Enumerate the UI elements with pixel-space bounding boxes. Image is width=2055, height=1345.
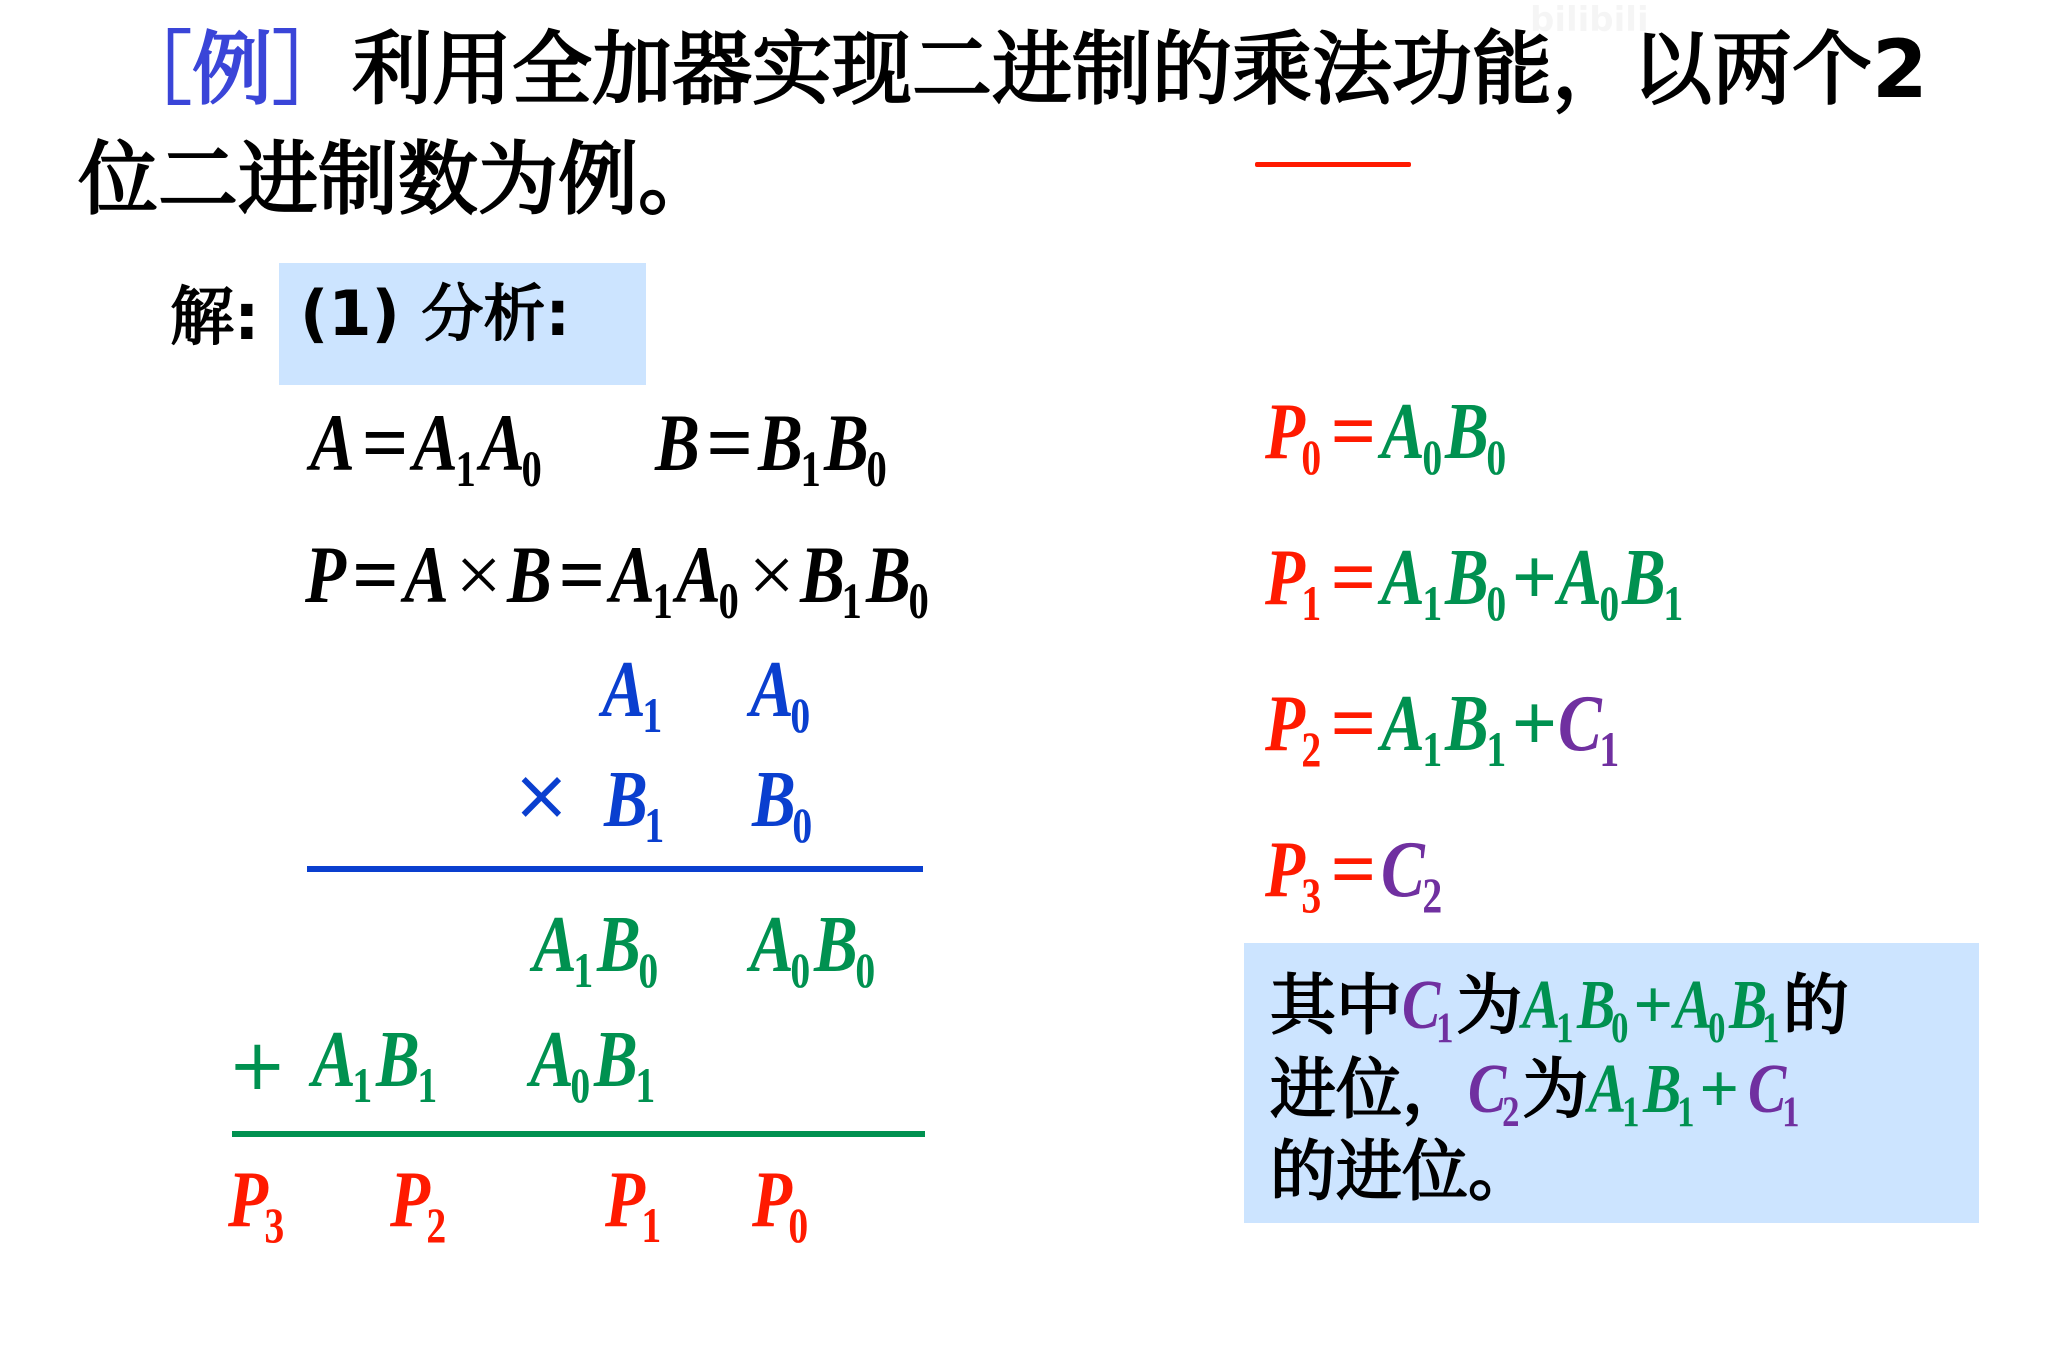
green-rule [232,1131,925,1137]
equation-p2: P2=A1B1+C1 [1265,684,1622,764]
solution-label: 解: [170,286,260,350]
blue-rule [307,866,923,872]
result-p0: P0 [752,1160,812,1240]
partial-product-a0b1: A0B1 [530,1020,658,1100]
multiplicand-a0: A0 [750,650,814,730]
title-underlined-text: 乘法 [1232,23,1392,116]
equation-p0: P0=A0B0 [1265,392,1510,472]
result-p3: P3 [228,1160,288,1240]
partial-product-a1b1: A1B1 [312,1020,440,1100]
multiplier-b1: B1 [604,760,668,840]
result-p1: P1 [605,1160,665,1240]
partial-product-a1b0: A1B0 [533,905,661,985]
multiply-sign: × [512,760,571,830]
partial-product-a0b0: A0B0 [750,905,878,985]
problem-title-line-2: 位二进制数为例。 [78,140,718,220]
red-underline [1255,162,1411,167]
step-heading: (1) 分析: [300,283,570,345]
title-text-1-rest: 功能，以两个2 [1392,23,1928,116]
note-line-1: 其中C1为A1B0+A0B1的 [1270,971,1849,1041]
carry-note-box: 其中C1为A1B0+A0B1的 进位，C2为A1B1+C1 的进位。 [1244,943,1979,1223]
multiplicand-a1: A1 [602,650,666,730]
equation-p1: P1=A1B0+A0B1 [1265,538,1686,618]
definition-row-ab: A=A1A0 B=B1B0 [310,402,890,484]
result-p2: P2 [390,1160,450,1240]
title-text-1: 利用全加器实现二进制的 [352,23,1232,116]
multiplier-b0: B0 [752,760,816,840]
equation-p3: P3=C2 [1265,830,1445,910]
step-heading-text: (1) 分析: [300,277,570,350]
example-tag: ［例］ [112,23,352,116]
definition-row-product: P=A×B=A1A0×B1B0 [305,534,932,616]
problem-title-line-1: ［例］利用全加器实现二进制的乘法功能，以两个2 [112,30,1928,110]
plus-sign: + [228,1030,287,1100]
note-line-3: 的进位。 [1270,1139,1534,1205]
note-line-2: 进位，C2为A1B1+C1 [1270,1055,1803,1125]
